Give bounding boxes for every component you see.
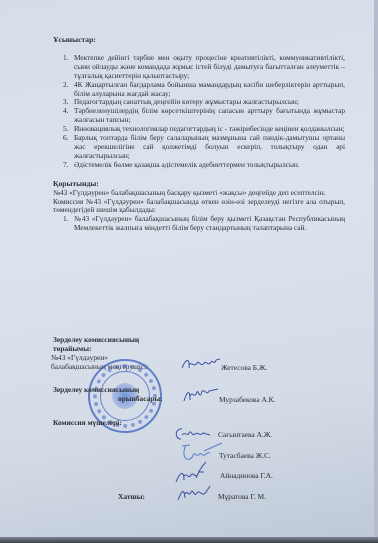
item-text: Әдістемелік бөлме қазақша әдістемелік әд… (74, 160, 300, 169)
deputy-signature-icon (182, 386, 220, 404)
recommendations-heading: Ұсыныстар: (53, 36, 345, 45)
chair-signature-icon (180, 356, 222, 372)
secretary-signature-icon (176, 484, 212, 504)
secretary-name: Мұратова Г. М. (218, 492, 266, 501)
chair-title-line1: Зерделеу комиссиясының (53, 335, 139, 344)
page-edge (374, 0, 378, 538)
item-text: 4К Жаңартылған бағдарлама бойынша маманд… (74, 80, 345, 98)
deputy-name: Мурзабекова А.К. (219, 395, 275, 404)
deputy-title-line1: Зерделеу комиссиясының (53, 385, 139, 394)
list-item: 1.№43 «Гүлдәурен» балабақшасының білім б… (53, 215, 345, 233)
item-number: 4. (63, 107, 68, 116)
item-number: 2. (63, 81, 68, 90)
list-item: 6.Барлық топтарда білім беру салаларының… (53, 134, 345, 161)
photo-bottom-edge (0, 537, 378, 543)
member-name: Сағынтаева А.Ж. (218, 430, 272, 439)
item-text: Тәрбиеленушілердің білім көрсеткіштеріні… (74, 106, 345, 124)
item-number: 1. (63, 215, 68, 224)
item-number: 7. (63, 161, 68, 170)
item-text: Барлық топтарда білім беру салаларының м… (74, 133, 345, 160)
list-item: 7.Әдістемелік бөлме қазақша әдістемелік … (53, 161, 345, 170)
list-item: 2.4К Жаңартылған бағдарлама бойынша мама… (53, 81, 345, 99)
list-item: 1.Мектепке дейінгі тәрбие мен оқыту проц… (53, 54, 345, 81)
item-text: №43 «Гүлдәурен» балабақшасының білім бер… (74, 214, 345, 232)
chair-title-line2: төрайымы: (53, 344, 91, 353)
item-number: 1. (63, 54, 68, 63)
item-text: Мектепке дейінгі тәрбие мен оқыту процес… (74, 53, 345, 80)
member-name: Айнадинова Г.А. (220, 471, 273, 480)
recommendations-list: 1.Мектепке дейінгі тәрбие мен оқыту проц… (53, 54, 345, 170)
decisions-list: 1.№43 «Гүлдәурен» балабақшасының білім б… (53, 215, 345, 233)
item-text: Инновациялық технологиялар педагогтардың… (74, 124, 345, 133)
deputy-title-line2: орынбасары: (118, 394, 163, 403)
document-body: Ұсыныстар: 1.Мектепке дейінгі тәрбие мен… (53, 36, 345, 233)
secretary-title: Хатшы: (118, 492, 145, 501)
list-item: 4.Тәрбиеленушілердің білім көрсеткіштері… (53, 107, 345, 125)
item-number: 6. (63, 134, 68, 143)
member-name: Тутасбаева Ж.С. (219, 451, 271, 460)
member-signature-icon (174, 460, 210, 486)
chair-org-line1: №43 «Гүлдәурен» (51, 353, 108, 362)
commission-decision-intro: Комиссия №43 «Гүлдәурен» балабақшасында … (53, 198, 345, 216)
item-text: Педагогтардың санаттық деңгейін көтеру ж… (74, 97, 299, 106)
chair-name: Жетесова Б.Ж. (221, 363, 267, 372)
members-title: Комиссия мүшелері: (53, 418, 122, 427)
